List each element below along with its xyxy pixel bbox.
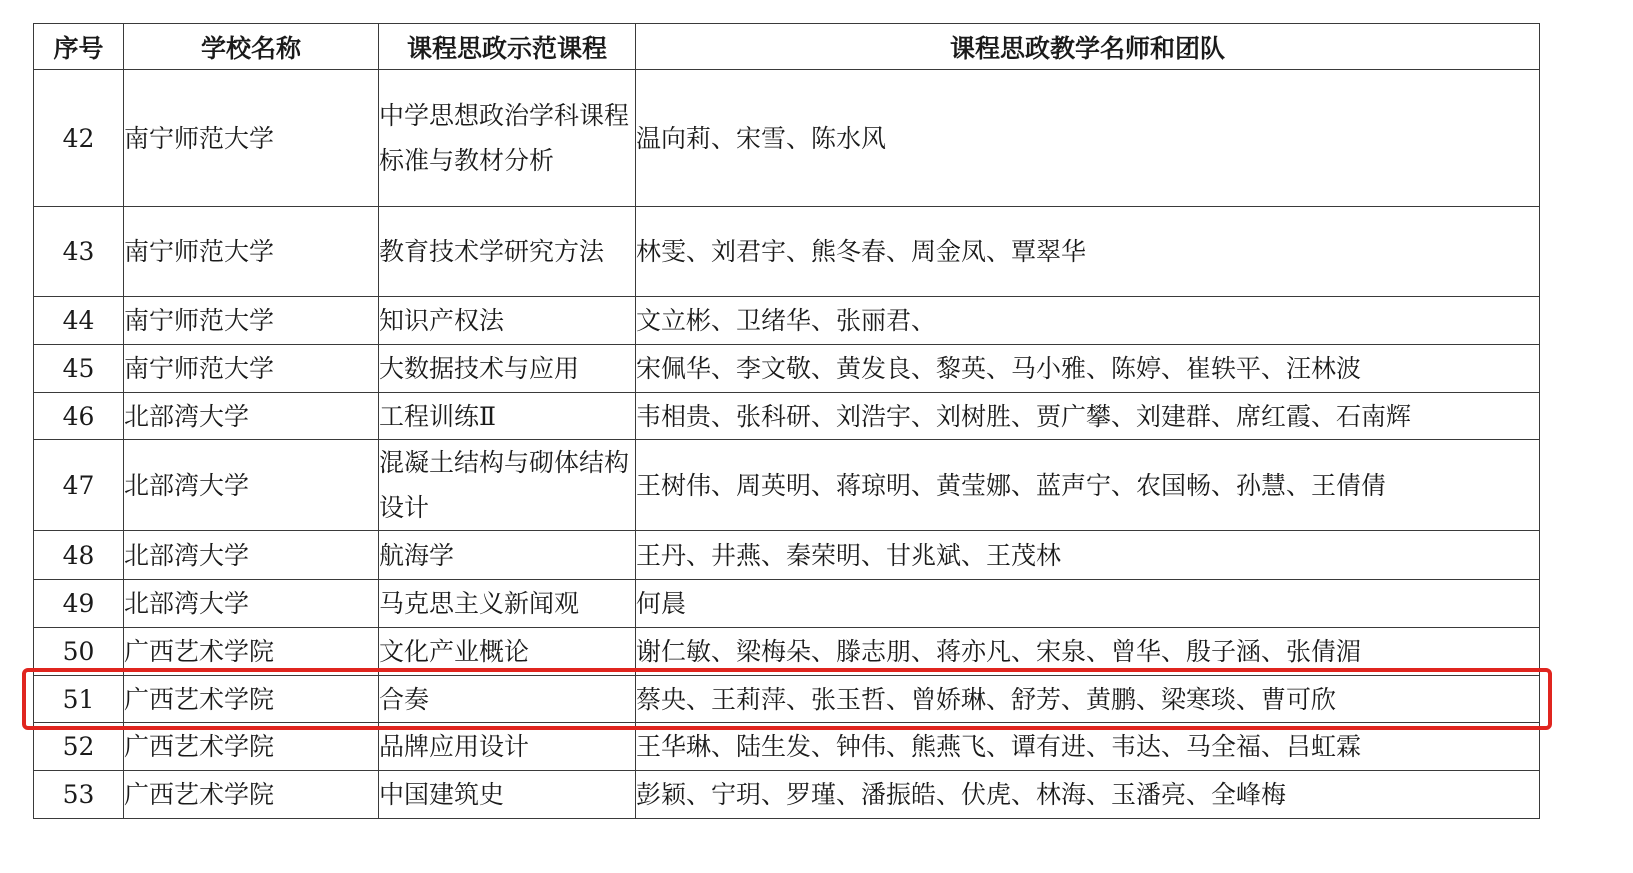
table-row: 43 南宁师范大学 教育技术学研究方法 林雯、刘君宇、熊冬春、周金凤、覃翠华 <box>34 207 1540 297</box>
table-row: 46 北部湾大学 工程训练Ⅱ 韦相贵、张科研、刘浩宇、刘树胜、贾广攀、刘建群、席… <box>34 393 1540 440</box>
table-header-row: 序号 学校名称 课程思政示范课程 课程思政教学名师和团队 <box>34 24 1540 70</box>
row-school: 广西艺术学院 <box>124 676 379 723</box>
row-team: 文立彬、卫绪华、张丽君、 <box>636 297 1540 345</box>
header-number: 序号 <box>34 24 124 70</box>
row-school: 南宁师范大学 <box>124 345 379 393</box>
table-row: 42 南宁师范大学 中学思想政治学科课程标准与教材分析 温向莉、宋雪、陈水风 <box>34 70 1540 207</box>
table-row: 45 南宁师范大学 大数据技术与应用 宋佩华、李文敬、黄发良、黎英、马小雅、陈婷… <box>34 345 1540 393</box>
row-number: 45 <box>34 345 124 393</box>
row-school: 广西艺术学院 <box>124 628 379 676</box>
row-course: 品牌应用设计 <box>379 723 636 771</box>
header-course: 课程思政示范课程 <box>379 24 636 70</box>
table-row: 50 广西艺术学院 文化产业概论 谢仁敏、梁梅朵、滕志朋、蒋亦凡、宋泉、曾华、殷… <box>34 628 1540 676</box>
row-team: 谢仁敏、梁梅朵、滕志朋、蒋亦凡、宋泉、曾华、殷子涵、张倩湄 <box>636 628 1540 676</box>
row-number: 51 <box>34 676 124 723</box>
header-school: 学校名称 <box>124 24 379 70</box>
row-team: 蔡央、王莉萍、张玉哲、曾娇琳、舒芳、黄鹏、梁寒琰、曹可欣 <box>636 676 1540 723</box>
row-school: 广西艺术学院 <box>124 723 379 771</box>
table-row: 53 广西艺术学院 中国建筑史 彭颖、宁玥、罗瑾、潘振皓、伏虎、林海、玉潘亮、全… <box>34 771 1540 819</box>
row-school: 广西艺术学院 <box>124 771 379 819</box>
row-number: 42 <box>34 70 124 207</box>
row-number: 53 <box>34 771 124 819</box>
row-course: 文化产业概论 <box>379 628 636 676</box>
table-row: 52 广西艺术学院 品牌应用设计 王华琳、陆生发、钟伟、熊燕飞、谭有进、韦达、马… <box>34 723 1540 771</box>
row-school: 南宁师范大学 <box>124 207 379 297</box>
row-number: 48 <box>34 531 124 580</box>
row-team: 王华琳、陆生发、钟伟、熊燕飞、谭有进、韦达、马全福、吕虹霖 <box>636 723 1540 771</box>
row-school: 南宁师范大学 <box>124 297 379 345</box>
row-course: 中学思想政治学科课程标准与教材分析 <box>379 70 636 207</box>
row-team: 王丹、井燕、秦荣明、甘兆斌、王茂林 <box>636 531 1540 580</box>
row-number: 46 <box>34 393 124 440</box>
row-course: 马克思主义新闻观 <box>379 580 636 628</box>
row-school: 北部湾大学 <box>124 393 379 440</box>
row-course: 混凝土结构与砌体结构设计 <box>379 440 636 531</box>
row-team: 林雯、刘君宇、熊冬春、周金凤、覃翠华 <box>636 207 1540 297</box>
row-course: 教育技术学研究方法 <box>379 207 636 297</box>
row-course: 工程训练Ⅱ <box>379 393 636 440</box>
row-number: 52 <box>34 723 124 771</box>
row-course: 中国建筑史 <box>379 771 636 819</box>
row-course: 知识产权法 <box>379 297 636 345</box>
row-school: 北部湾大学 <box>124 580 379 628</box>
row-number: 44 <box>34 297 124 345</box>
row-number: 43 <box>34 207 124 297</box>
course-table: 序号 学校名称 课程思政示范课程 课程思政教学名师和团队 42 南宁师范大学 中… <box>33 23 1540 819</box>
table-row: 47 北部湾大学 混凝土结构与砌体结构设计 王树伟、周英明、蒋琼明、黄莹娜、蓝声… <box>34 440 1540 531</box>
row-school: 北部湾大学 <box>124 440 379 531</box>
header-team: 课程思政教学名师和团队 <box>636 24 1540 70</box>
row-number: 50 <box>34 628 124 676</box>
row-school: 北部湾大学 <box>124 531 379 580</box>
row-course: 大数据技术与应用 <box>379 345 636 393</box>
row-team: 何晨 <box>636 580 1540 628</box>
row-team: 韦相贵、张科研、刘浩宇、刘树胜、贾广攀、刘建群、席红霞、石南辉 <box>636 393 1540 440</box>
row-number: 47 <box>34 440 124 531</box>
row-course: 合奏 <box>379 676 636 723</box>
row-team: 王树伟、周英明、蒋琼明、黄莹娜、蓝声宁、农国畅、孙慧、王倩倩 <box>636 440 1540 531</box>
table-row: 48 北部湾大学 航海学 王丹、井燕、秦荣明、甘兆斌、王茂林 <box>34 531 1540 580</box>
row-course: 航海学 <box>379 531 636 580</box>
row-team: 宋佩华、李文敬、黄发良、黎英、马小雅、陈婷、崔轶平、汪林波 <box>636 345 1540 393</box>
row-team: 彭颖、宁玥、罗瑾、潘振皓、伏虎、林海、玉潘亮、全峰梅 <box>636 771 1540 819</box>
row-team: 温向莉、宋雪、陈水风 <box>636 70 1540 207</box>
table-row-highlighted: 51 广西艺术学院 合奏 蔡央、王莉萍、张玉哲、曾娇琳、舒芳、黄鹏、梁寒琰、曹可… <box>34 676 1540 723</box>
row-school: 南宁师范大学 <box>124 70 379 207</box>
row-number: 49 <box>34 580 124 628</box>
table-row: 49 北部湾大学 马克思主义新闻观 何晨 <box>34 580 1540 628</box>
table-row: 44 南宁师范大学 知识产权法 文立彬、卫绪华、张丽君、 <box>34 297 1540 345</box>
